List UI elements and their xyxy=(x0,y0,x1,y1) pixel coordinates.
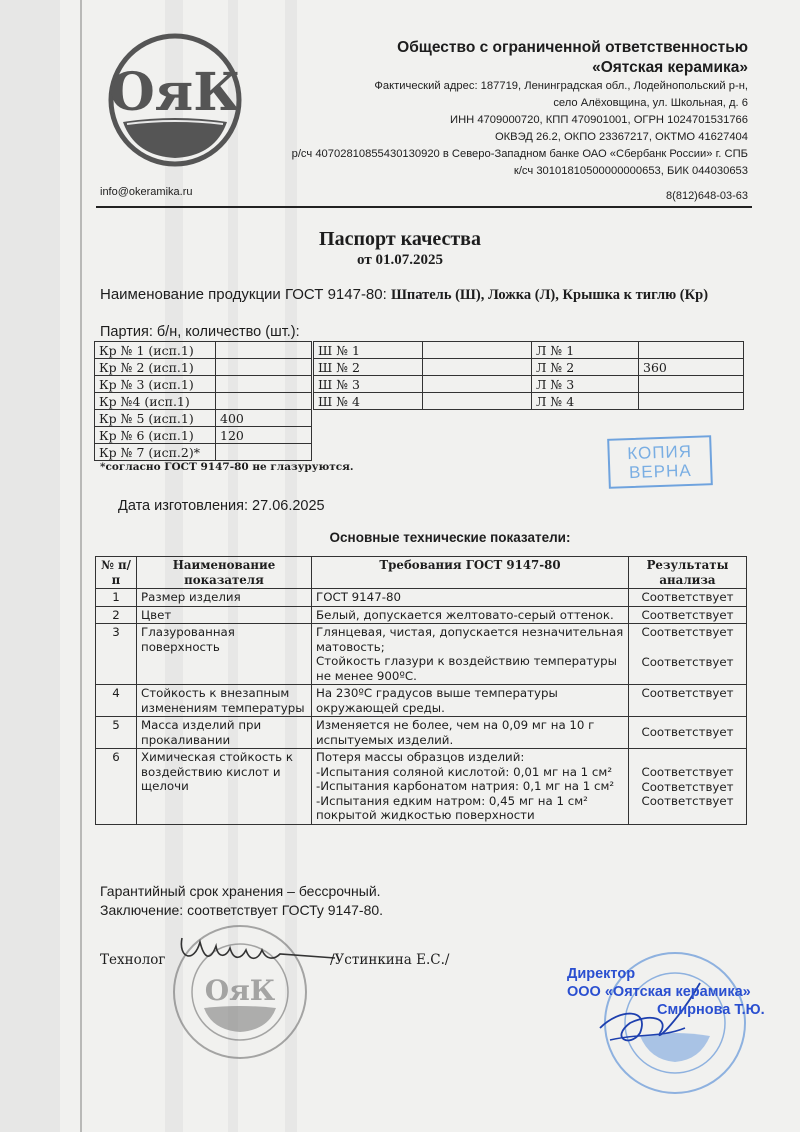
director-name: Смирнова Т.Ю. xyxy=(567,1001,765,1019)
requirement-line: -Испытания едким натром: 0,45 мг на 1 см… xyxy=(316,794,624,823)
batch-line: Партия: б/н, количество (шт.): xyxy=(100,324,300,340)
table-row: Ш № 4 Л № 4 xyxy=(314,393,744,410)
row-num: 6 xyxy=(96,749,137,825)
header-num: № п/п xyxy=(96,557,137,589)
row-num: 1 xyxy=(96,589,137,607)
row-name: Глазурованная поверхность xyxy=(137,624,312,685)
conclusion-block: Гарантийный срок хранения – бессрочный. … xyxy=(100,882,383,920)
sh-qty xyxy=(423,359,532,376)
kr-qty xyxy=(216,359,312,376)
svg-text:ОяК: ОяК xyxy=(205,974,276,1007)
company-logo-icon: ОяК xyxy=(105,30,245,170)
row-requirement: Глянцевая, чистая, допускается незначите… xyxy=(312,624,629,685)
table-row: Кр № 3 (исп.1) xyxy=(95,376,312,393)
kr-label: Кр № 5 (исп.1) xyxy=(95,410,216,427)
director-block: Директор ООО «Оятская керамика» Смирнова… xyxy=(567,965,765,1019)
sh-qty xyxy=(423,342,532,359)
kr-qty xyxy=(216,444,312,461)
table-row: Ш № 3 Л № 3 xyxy=(314,376,744,393)
company-email: info@okeramika.ru xyxy=(100,186,192,198)
director-company: ООО «Оятская керамика» xyxy=(567,983,765,1001)
requirement-line: -Испытания карбонатом натрия: 0,1 мг на … xyxy=(316,779,624,794)
l-label: Л № 4 xyxy=(532,393,639,410)
company-bank-line2: к/сч 30101810500000000653, БИК 044030653 xyxy=(292,163,748,180)
row-num: 4 xyxy=(96,685,137,717)
table-row: 1 Размер изделия ГОСТ 9147-80 Соответств… xyxy=(96,589,747,607)
kr-label: Кр № 7 (исп.2)* xyxy=(95,444,216,461)
company-header: Общество с ограниченной ответственностью… xyxy=(292,38,748,180)
l-qty xyxy=(639,376,744,393)
sh-qty xyxy=(423,393,532,410)
requirement-line: Стойкость глазури к воздействию температ… xyxy=(316,654,624,683)
table-row: Ш № 2 Л № 2 360 xyxy=(314,359,744,376)
row-num: 3 xyxy=(96,624,137,685)
kr-label: Кр № 1 (исп.1) xyxy=(95,342,216,359)
header-divider xyxy=(96,206,752,208)
kr-label: Кр №4 (исп.1) xyxy=(95,393,216,410)
kr-label: Кр № 2 (исп.1) xyxy=(95,359,216,376)
company-address-line1: Фактический адрес: 187719, Ленинградская… xyxy=(292,78,748,95)
header-name: Наименование показателя xyxy=(137,557,312,589)
table-row: Кр №4 (исп.1) xyxy=(95,393,312,410)
table-row: Кр № 1 (исп.1) xyxy=(95,342,312,359)
document-date: от 01.07.2025 xyxy=(0,252,800,269)
row-requirement: ГОСТ 9147-80 xyxy=(312,589,629,607)
table-row: Ш № 1 Л № 1 xyxy=(314,342,744,359)
row-requirement: На 230ºС градусов выше температуры окруж… xyxy=(312,685,629,717)
requirement-line: Потеря массы образцов изделий: xyxy=(316,750,624,765)
copy-certified-stamp: КОПИЯ ВЕРНА xyxy=(607,435,713,489)
row-num: 2 xyxy=(96,606,137,624)
l-label: Л № 3 xyxy=(532,376,639,393)
row-num: 5 xyxy=(96,717,137,749)
table-row: 6 Химическая стойкость к воздействию кис… xyxy=(96,749,747,825)
company-ids-line2: ОКВЭД 26.2, ОКПО 23367217, ОКТМО 4162740… xyxy=(292,129,748,146)
technologist-role: Технолог xyxy=(100,952,166,968)
kr-qty xyxy=(216,376,312,393)
row-name: Масса изделий при прокаливании xyxy=(137,717,312,749)
table-row: 2 Цвет Белый, допускается желтовато-серы… xyxy=(96,606,747,624)
table-row: Кр № 6 (исп.1)120 xyxy=(95,427,312,444)
table-header-row: № п/п Наименование показателя Требования… xyxy=(96,557,747,589)
document-title: Паспорт качества xyxy=(0,228,800,251)
row-result: Соответствует Соответствует Соответствуе… xyxy=(629,749,747,825)
product-line: Наименование продукции ГОСТ 9147-80: Шпа… xyxy=(100,286,708,304)
table-row: 5 Масса изделий при прокаливании Изменяе… xyxy=(96,717,747,749)
sh-label: Ш № 4 xyxy=(314,393,423,410)
kr-label: Кр № 6 (исп.1) xyxy=(95,427,216,444)
row-result: Соответствует Соответствует xyxy=(629,624,747,685)
director-title: Директор xyxy=(567,965,765,983)
row-requirement: Белый, допускается желтовато-серый оттен… xyxy=(312,606,629,624)
technologist-signature-icon xyxy=(170,928,340,976)
kr-qty xyxy=(216,342,312,359)
row-name: Размер изделия xyxy=(137,589,312,607)
svg-text:ОяК: ОяК xyxy=(109,62,240,123)
l-qty xyxy=(639,393,744,410)
sh-qty xyxy=(423,376,532,393)
header-requirements: Требования ГОСТ 9147-80 xyxy=(312,557,629,589)
result-line: Соответствует xyxy=(633,625,742,640)
l-qty: 360 xyxy=(639,359,744,376)
l-label: Л № 2 xyxy=(532,359,639,376)
product-value: Шпатель (Ш), Ложка (Л), Крышка к тиглю (… xyxy=(391,287,708,303)
kr-qty: 400 xyxy=(216,410,312,427)
table-row: Кр № 5 (исп.1)400 xyxy=(95,410,312,427)
table-row: 3 Глазурованная поверхность Глянцевая, ч… xyxy=(96,624,747,685)
row-requirement: Потеря массы образцов изделий: -Испытани… xyxy=(312,749,629,825)
sh-label: Ш № 3 xyxy=(314,376,423,393)
kr-label: Кр № 3 (исп.1) xyxy=(95,376,216,393)
sh-label: Ш № 2 xyxy=(314,359,423,376)
footnote: *согласно ГОСТ 9147-80 не глазуруются. xyxy=(100,461,354,473)
company-name-line1: Общество с ограниченной ответственностью xyxy=(292,38,748,58)
table-row: Кр № 7 (исп.2)* xyxy=(95,444,312,461)
company-ids-line1: ИНН 4709000720, КПП 470901001, ОГРН 1024… xyxy=(292,112,748,129)
result-line: Соответствует xyxy=(633,655,742,670)
technical-indicators-table: № п/п Наименование показателя Требования… xyxy=(95,556,747,825)
company-name-line2: «Оятская керамика» xyxy=(292,58,748,78)
scan-artifact xyxy=(80,0,82,1132)
technologist-name: /Устинкина Е.С./ xyxy=(330,952,449,968)
company-address-line2: село Алёховщина, ул. Школьная, д. 6 xyxy=(292,95,748,112)
row-name: Цвет xyxy=(137,606,312,624)
manufacture-date: Дата изготовления: 27.06.2025 xyxy=(118,498,325,514)
row-requirement: Изменяется не более, чем на 0,09 мг на 1… xyxy=(312,717,629,749)
product-label: Наименование продукции ГОСТ 9147-80: xyxy=(100,286,391,303)
row-name: Стойкость к внезапным изменениям темпера… xyxy=(137,685,312,717)
kr-qty xyxy=(216,393,312,410)
tech-section-title: Основные технические показатели: xyxy=(0,530,800,545)
kr-qty: 120 xyxy=(216,427,312,444)
guarantee-text: Гарантийный срок хранения – бессрочный. xyxy=(100,882,383,901)
header-results: Результаты анализа xyxy=(629,557,747,589)
table-row: Кр № 2 (исп.1) xyxy=(95,359,312,376)
l-qty xyxy=(639,342,744,359)
company-bank-line1: р/сч 40702810855430130920 в Северо-Запад… xyxy=(292,146,748,163)
result-line: Соответствует xyxy=(633,765,742,780)
quantity-table-sh-l: Ш № 1 Л № 1 Ш № 2 Л № 2 360 Ш № 3 Л № 3 … xyxy=(313,341,744,410)
table-row: 4 Стойкость к внезапным изменениям темпе… xyxy=(96,685,747,717)
result-line: Соответствует xyxy=(633,794,742,809)
company-phone: 8(812)648-03-63 xyxy=(666,190,748,202)
stamp-text-line2: ВЕРНА xyxy=(610,460,711,482)
quantity-table-kr: Кр № 1 (исп.1) Кр № 2 (исп.1) Кр № 3 (ис… xyxy=(94,341,312,461)
sh-label: Ш № 1 xyxy=(314,342,423,359)
row-result: Соответствует xyxy=(629,685,747,717)
scan-artifact xyxy=(0,0,60,1132)
l-label: Л № 1 xyxy=(532,342,639,359)
requirement-line: Глянцевая, чистая, допускается незначите… xyxy=(316,625,624,654)
requirement-line: -Испытания соляной кислотой: 0,01 мг на … xyxy=(316,765,624,780)
conclusion-text: Заключение: соответствует ГОСТу 9147-80. xyxy=(100,901,383,920)
row-name: Химическая стойкость к воздействию кисло… xyxy=(137,749,312,825)
row-result: Соответствует xyxy=(629,606,747,624)
result-line: Соответствует xyxy=(633,780,742,795)
row-result: Соответствует xyxy=(629,717,747,749)
row-result: Соответствует xyxy=(629,589,747,607)
